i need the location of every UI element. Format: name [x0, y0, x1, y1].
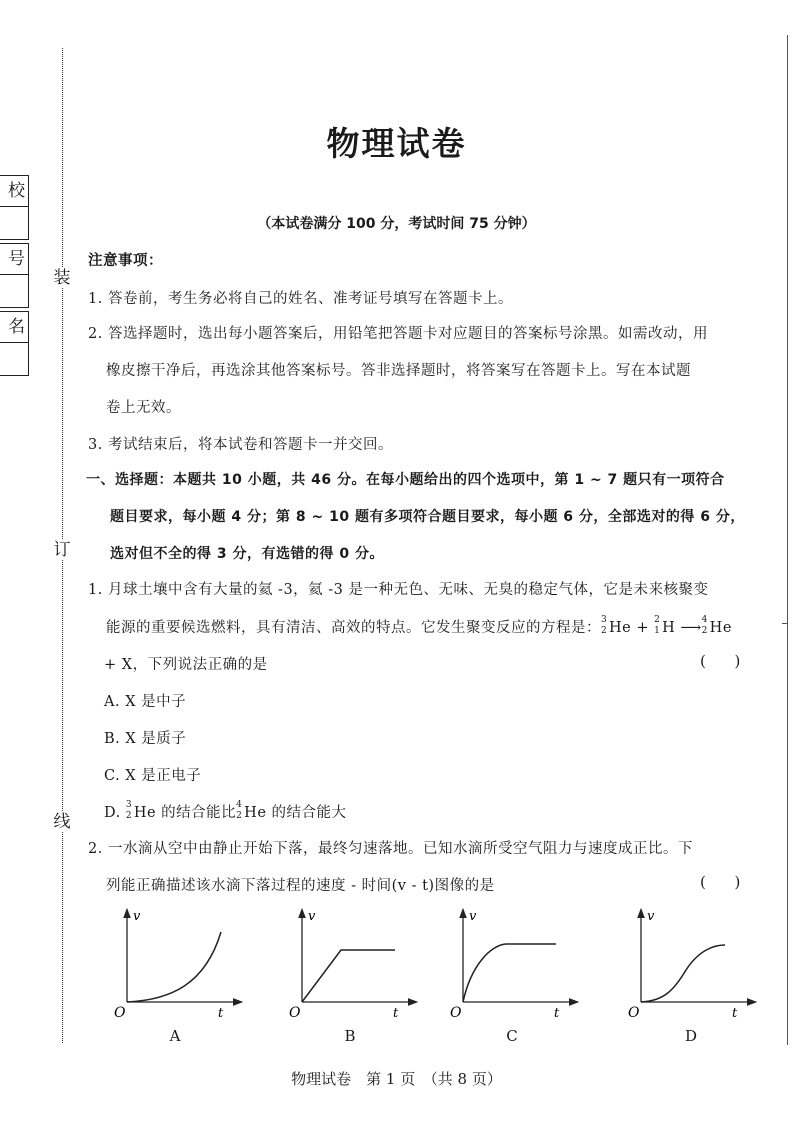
exam-number-label: 号: [0, 244, 28, 275]
school-label: 校: [0, 176, 28, 207]
page-border-right: [787, 35, 788, 1045]
exam-number-field: 号: [0, 243, 29, 308]
nuclide-he4: 42: [702, 621, 710, 635]
svg-text:t: t: [554, 1006, 560, 1020]
note-2-line-2: 橡皮擦干净后，再选涂其他答案标号。答非选择题时，将答案写在答题卡上。写在本试题: [106, 359, 691, 380]
nuclide-he3: 32: [126, 806, 134, 820]
graph-a: v t O: [110, 905, 250, 1020]
svg-text:t: t: [732, 1006, 738, 1020]
graph-d-label: D: [676, 1027, 706, 1045]
svg-text:O: O: [628, 1005, 640, 1020]
page-border-tick: [782, 623, 788, 624]
svg-text:v: v: [308, 909, 316, 924]
nuclide-h2: 21: [654, 621, 662, 635]
name-value[interactable]: [0, 343, 28, 375]
binding-char-ding: 订: [52, 540, 72, 560]
notes-heading: 注意事项：: [88, 249, 163, 270]
reaction-arrow: ⟶: [675, 620, 701, 636]
exam-number-value[interactable]: [0, 275, 28, 307]
svg-text:v: v: [647, 909, 655, 924]
q2-line-1: 2. 一水滴从空中由静止开始下落，最终匀速落地。已知水滴所受空气阻力与速度成正比…: [88, 837, 693, 858]
q1-line-2: 能源的重要候选燃料，具有清洁、高效的特点。它发生聚变反应的方程是：32He + …: [106, 616, 732, 637]
svg-text:t: t: [393, 1006, 399, 1020]
svg-text:v: v: [133, 909, 141, 924]
svg-text:O: O: [450, 1005, 462, 1020]
q2-line-2: 列能正确描述该水滴下落过程的速度 - 时间(v - t)图像的是: [106, 874, 495, 895]
note-2-line-1: 2. 答选择题时，选出每小题答案后，用铅笔把答题卡对应题目的答案标号涂黑。如需改…: [88, 322, 708, 343]
q1-line-3: + X，下列说法正确的是: [104, 653, 268, 674]
name-label: 名: [0, 312, 28, 343]
q1-line-2-text: 能源的重要候选燃料，具有清洁、高效的特点。它发生聚变反应的方程是：: [106, 620, 601, 636]
graph-d: v t O: [624, 905, 764, 1020]
note-1: 1. 答卷前，考生务必将自己的姓名、准考证号填写在答题卡上。: [88, 287, 513, 308]
name-field: 名: [0, 311, 29, 376]
q1-option-c: C. X 是正电子: [104, 764, 201, 785]
nuclide-he4: 42: [236, 806, 244, 820]
svg-text:O: O: [289, 1005, 301, 1020]
binding-char-xian: 线: [52, 812, 72, 832]
q1-line-1: 1. 月球土壤中含有大量的氦 -3，氦 -3 是一种无色、无味、无臭的稳定气体，…: [88, 578, 709, 599]
binding-char-zhuang: 装: [52, 268, 72, 288]
graph-c: v t O: [446, 905, 586, 1020]
q1-answer-blank[interactable]: ( ): [700, 652, 740, 670]
page-footer: 物理试卷 第 1 页 （共 8 页）: [0, 1068, 793, 1089]
note-2-line-3: 卷上无效。: [106, 396, 181, 417]
graph-b-label: B: [335, 1027, 365, 1045]
svg-text:t: t: [218, 1006, 224, 1020]
graph-c-label: C: [497, 1027, 527, 1045]
section-1-line-2: 题目要求，每小题 4 分；第 8 ~ 10 题有多项符合题目要求，每小题 6 分…: [110, 506, 745, 526]
section-1-line-1: 一、选择题：本题共 10 小题，共 46 分。在每小题给出的四个选项中，第 1 …: [86, 469, 725, 489]
q2-answer-blank[interactable]: ( ): [700, 873, 740, 891]
page-title: 物理试卷: [0, 118, 793, 165]
graph-a-label: A: [160, 1027, 190, 1045]
exam-info: （本试卷满分 100 分，考试时间 75 分钟）: [0, 213, 793, 233]
note-3: 3. 考试结束后，将本试卷和答题卡一并交回。: [88, 433, 393, 454]
graph-b: v t O: [285, 905, 425, 1020]
q1-option-d: D. 32He 的结合能比42He 的结合能大: [104, 801, 347, 822]
svg-text:O: O: [114, 1005, 126, 1020]
svg-text:v: v: [469, 909, 477, 924]
nuclide-he3: 32: [601, 621, 609, 635]
q1-option-b: B. X 是质子: [104, 727, 186, 748]
section-1-line-3: 选对但不全的得 3 分，有选错的得 0 分。: [110, 543, 384, 563]
q1-option-a: A. X 是中子: [104, 690, 186, 711]
